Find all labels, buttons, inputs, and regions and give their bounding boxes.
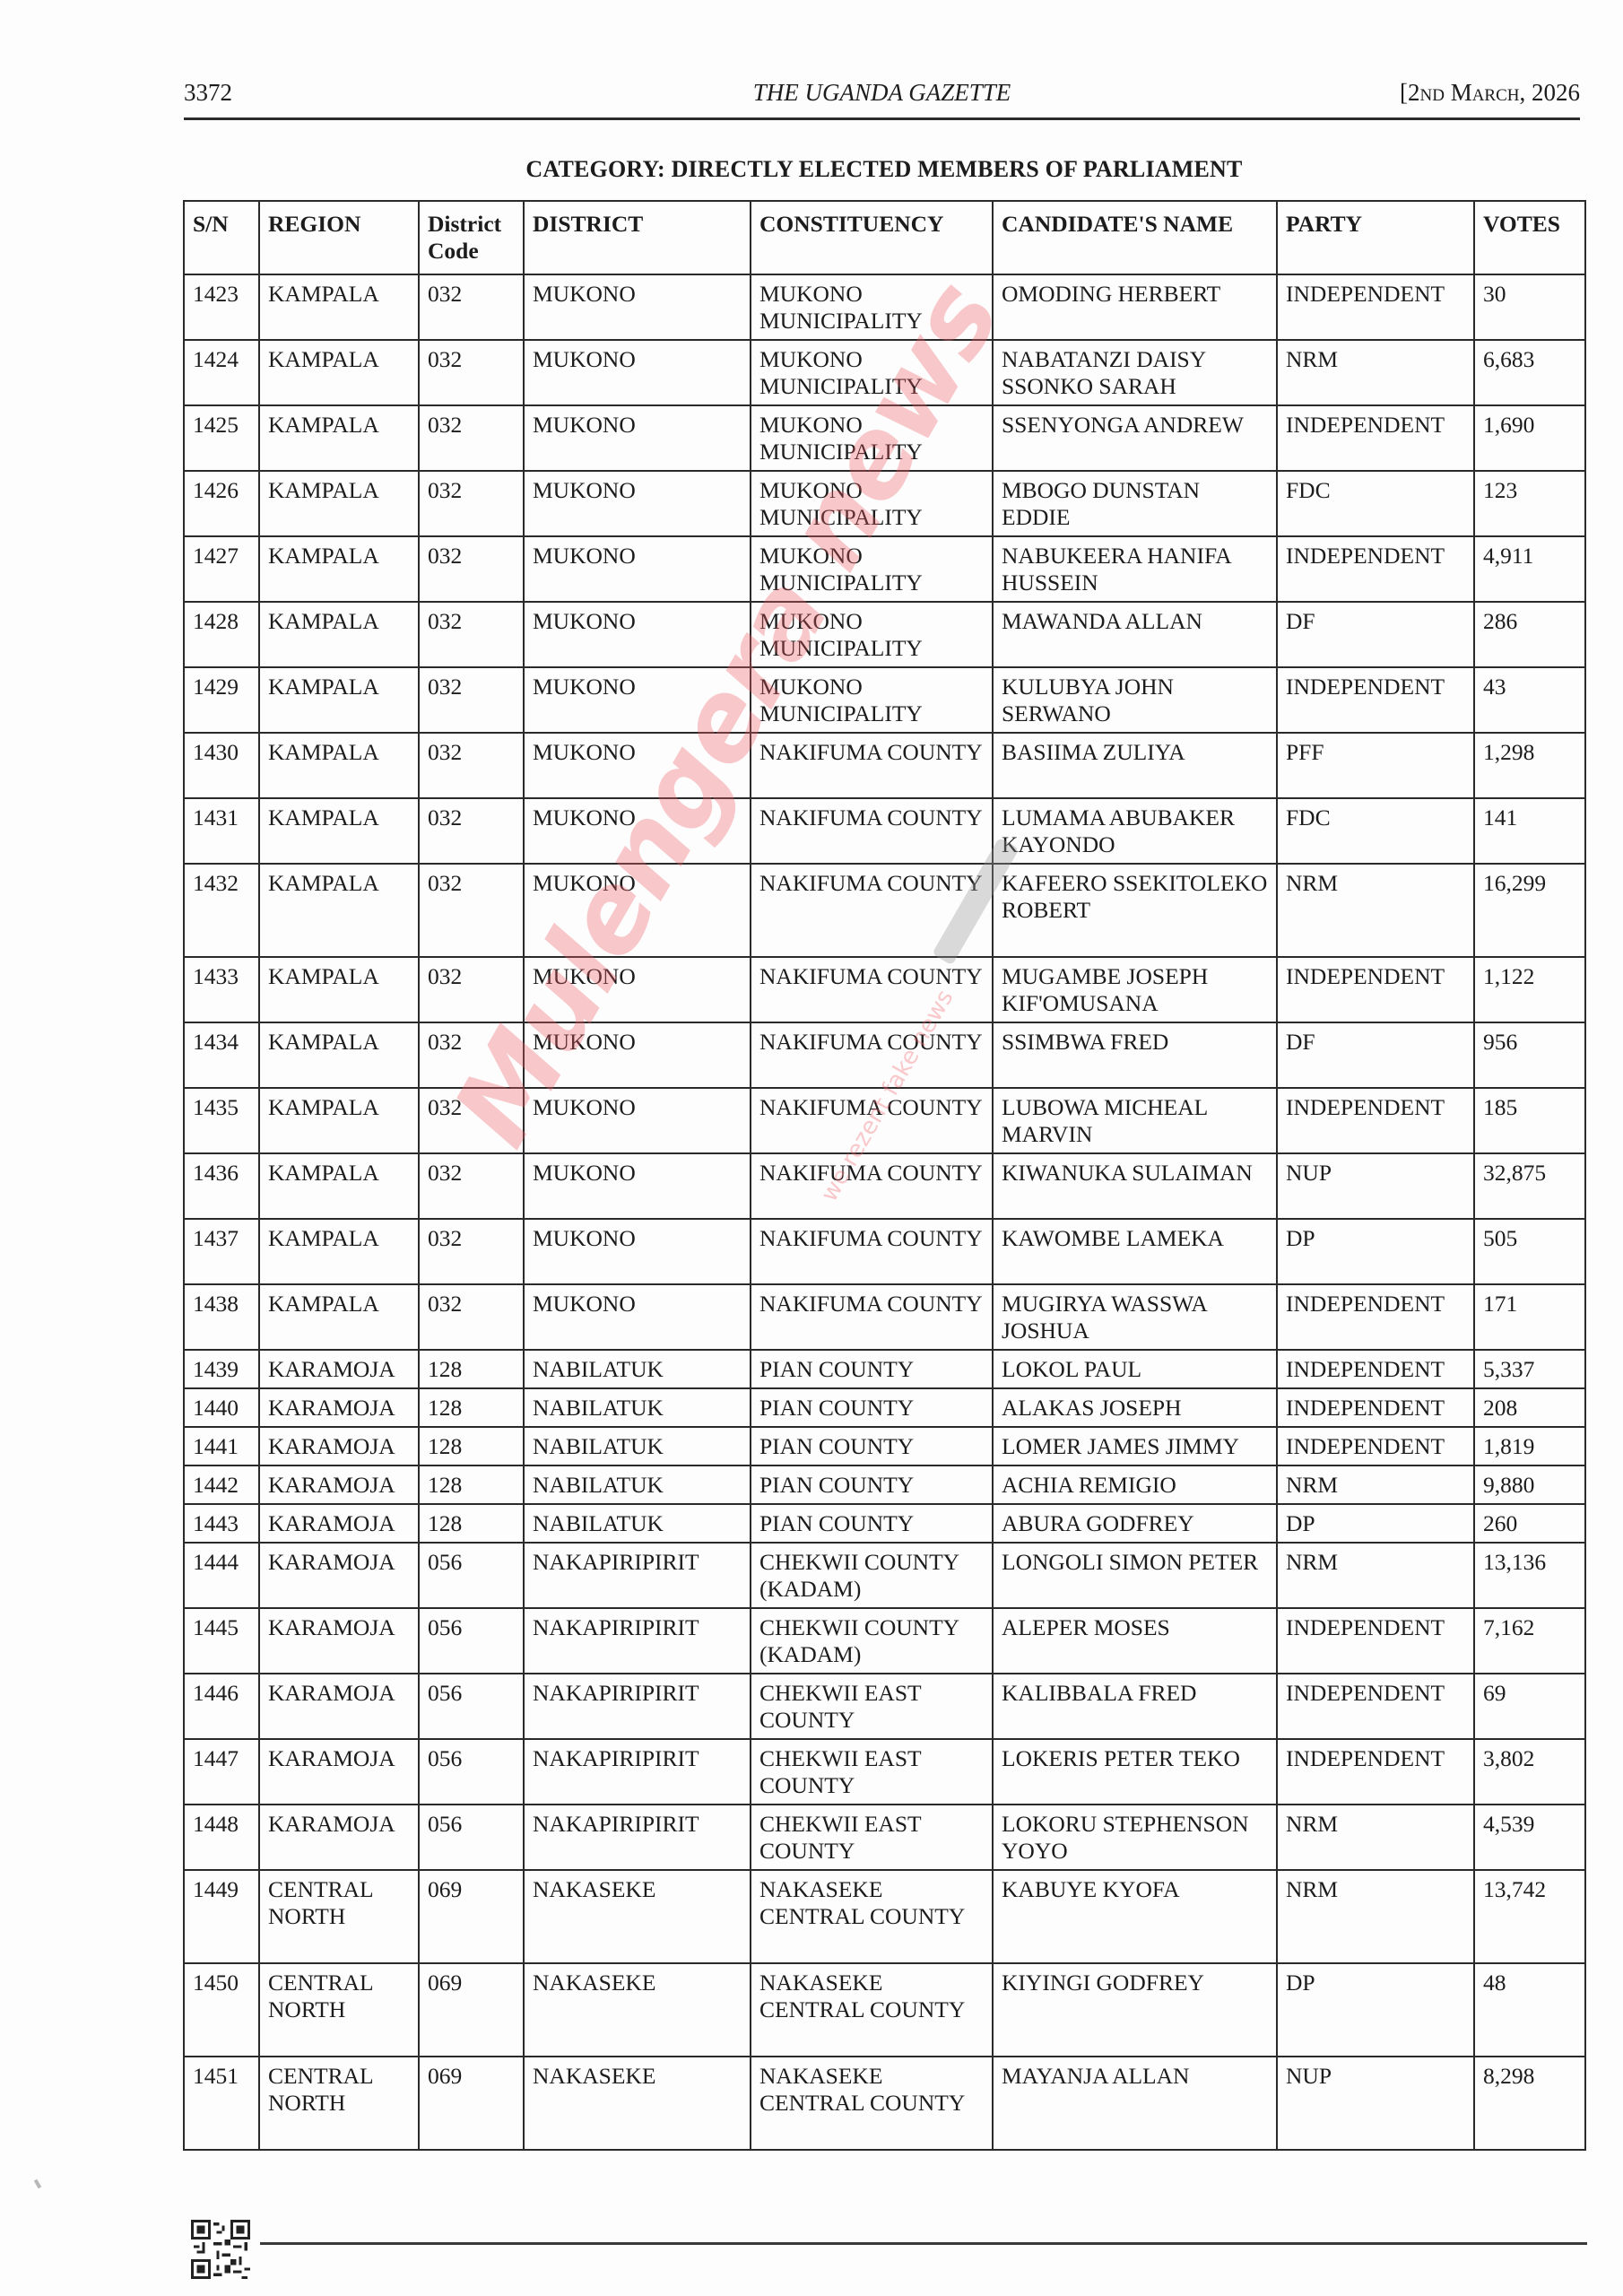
- cell-district-code: 032: [419, 471, 524, 536]
- cell-district-code: 128: [419, 1465, 524, 1504]
- cell-sn: 1445: [184, 1608, 259, 1674]
- cell-region: KAMPALA: [259, 274, 419, 340]
- table-row: 1441KARAMOJA128NABILATUKPIAN COUNTYLOMER…: [184, 1427, 1585, 1465]
- cell-votes: 9,880: [1474, 1465, 1585, 1504]
- cell-district-code: 128: [419, 1504, 524, 1543]
- cell-constituency: MUKONO MUNICIPALITY: [751, 536, 993, 602]
- cell-region: KAMPALA: [259, 602, 419, 667]
- cell-party: INDEPENDENT: [1277, 1674, 1474, 1739]
- cell-district: MUKONO: [524, 1153, 751, 1219]
- cell-candidate: SSENYONGA ANDREW: [993, 405, 1277, 471]
- cell-votes: 48: [1474, 1963, 1585, 2057]
- results-body: 1423KAMPALA032MUKONOMUKONO MUNICIPALITYO…: [184, 274, 1585, 2150]
- cell-constituency: PIAN COUNTY: [751, 1350, 993, 1388]
- cell-candidate: MAWANDA ALLAN: [993, 602, 1277, 667]
- cell-district: NAKAPIRIPIRIT: [524, 1543, 751, 1608]
- cell-constituency: CHEKWII EAST COUNTY: [751, 1805, 993, 1870]
- cell-district: NAKAPIRIPIRIT: [524, 1805, 751, 1870]
- cell-constituency: PIAN COUNTY: [751, 1504, 993, 1543]
- cell-region: KAMPALA: [259, 1219, 419, 1284]
- cell-district: NAKAPIRIPIRIT: [524, 1674, 751, 1739]
- table-row: 1438KAMPALA032MUKONONAKIFUMA COUNTYMUGIR…: [184, 1284, 1585, 1350]
- cell-region: KAMPALA: [259, 405, 419, 471]
- cell-votes: 956: [1474, 1022, 1585, 1088]
- cell-region: KARAMOJA: [259, 1805, 419, 1870]
- cell-district: NABILATUK: [524, 1350, 751, 1388]
- cell-party: DP: [1277, 1219, 1474, 1284]
- cell-votes: 171: [1474, 1284, 1585, 1350]
- cell-sn: 1428: [184, 602, 259, 667]
- table-row: 1439KARAMOJA128NABILATUKPIAN COUNTYLOKOL…: [184, 1350, 1585, 1388]
- cell-sn: 1434: [184, 1022, 259, 1088]
- cell-district-code: 128: [419, 1388, 524, 1427]
- cell-district: NABILATUK: [524, 1388, 751, 1427]
- cell-district: MUKONO: [524, 864, 751, 957]
- table-row: 1437KAMPALA032MUKONONAKIFUMA COUNTYKAWOM…: [184, 1219, 1585, 1284]
- cell-votes: 1,298: [1474, 733, 1585, 798]
- cell-district-code: 056: [419, 1674, 524, 1739]
- cell-constituency: CHEKWII COUNTY (KADAM): [751, 1608, 993, 1674]
- cell-votes: 286: [1474, 602, 1585, 667]
- cell-region: KAMPALA: [259, 864, 419, 957]
- cell-candidate: KULUBYA JOHN SERWANO: [993, 667, 1277, 733]
- cell-district: MUKONO: [524, 667, 751, 733]
- cell-region: KAMPALA: [259, 1022, 419, 1088]
- cell-party: DP: [1277, 1963, 1474, 2057]
- cell-sn: 1444: [184, 1543, 259, 1608]
- table-row: 1449CENTRAL NORTH069NAKASEKENAKASEKE CEN…: [184, 1870, 1585, 1963]
- table-row: 1434KAMPALA032MUKONONAKIFUMA COUNTYSSIMB…: [184, 1022, 1585, 1088]
- cell-party: INDEPENDENT: [1277, 957, 1474, 1022]
- cell-votes: 505: [1474, 1219, 1585, 1284]
- cell-region: KAMPALA: [259, 667, 419, 733]
- cell-sn: 1443: [184, 1504, 259, 1543]
- cell-district: MUKONO: [524, 340, 751, 405]
- cell-district-code: 032: [419, 1153, 524, 1219]
- cell-candidate: NABUKEERA HANIFA HUSSEIN: [993, 536, 1277, 602]
- cell-district-code: 032: [419, 340, 524, 405]
- cell-district-code: 032: [419, 957, 524, 1022]
- cell-votes: 1,690: [1474, 405, 1585, 471]
- cell-sn: 1449: [184, 1870, 259, 1963]
- cell-party: NRM: [1277, 864, 1474, 957]
- cell-constituency: NAKIFUMA COUNTY: [751, 1284, 993, 1350]
- cell-sn: 1435: [184, 1088, 259, 1153]
- cell-party: INDEPENDENT: [1277, 1427, 1474, 1465]
- cell-candidate: LUBOWA MICHEAL MARVIN: [993, 1088, 1277, 1153]
- cell-party: NRM: [1277, 1465, 1474, 1504]
- cell-votes: 4,539: [1474, 1805, 1585, 1870]
- cell-candidate: ALAKAS JOSEPH: [993, 1388, 1277, 1427]
- cell-region: KAMPALA: [259, 471, 419, 536]
- cell-candidate: SSIMBWA FRED: [993, 1022, 1277, 1088]
- cell-district: MUKONO: [524, 1088, 751, 1153]
- cell-sn: 1429: [184, 667, 259, 733]
- cell-votes: 3,802: [1474, 1739, 1585, 1805]
- cell-candidate: LONGOLI SIMON PETER: [993, 1543, 1277, 1608]
- table-row: 1425KAMPALA032MUKONOMUKONO MUNICIPALITYS…: [184, 405, 1585, 471]
- cell-sn: 1432: [184, 864, 259, 957]
- date-bracket: [: [1400, 79, 1408, 106]
- header-rule: [184, 117, 1580, 120]
- cell-candidate: LUMAMA ABUBAKER KAYONDO: [993, 798, 1277, 864]
- cell-district-code: 032: [419, 733, 524, 798]
- cell-constituency: NAKIFUMA COUNTY: [751, 1022, 993, 1088]
- cell-region: KARAMOJA: [259, 1543, 419, 1608]
- cell-region: KAMPALA: [259, 733, 419, 798]
- cell-party: INDEPENDENT: [1277, 667, 1474, 733]
- cell-candidate: BASIIMA ZULIYA: [993, 733, 1277, 798]
- cell-candidate: LOKERIS PETER TEKO: [993, 1739, 1277, 1805]
- cell-constituency: PIAN COUNTY: [751, 1465, 993, 1504]
- cell-sn: 1436: [184, 1153, 259, 1219]
- col-header-party: PARTY: [1277, 201, 1474, 274]
- cell-party: INDEPENDENT: [1277, 1284, 1474, 1350]
- cell-constituency: PIAN COUNTY: [751, 1388, 993, 1427]
- cell-region: KARAMOJA: [259, 1465, 419, 1504]
- cell-district-code: 032: [419, 1022, 524, 1088]
- table-row: 1450CENTRAL NORTH069NAKASEKENAKASEKE CEN…: [184, 1963, 1585, 2057]
- date-year: , 2026: [1520, 79, 1581, 106]
- table-row: 1445KARAMOJA056NAKAPIRIPIRITCHEKWII COUN…: [184, 1608, 1585, 1674]
- col-header-candidate: CANDIDATE'S NAME: [993, 201, 1277, 274]
- cell-district-code: 032: [419, 667, 524, 733]
- cell-party: FDC: [1277, 471, 1474, 536]
- date-day: 2: [1408, 79, 1420, 106]
- cell-sn: 1427: [184, 536, 259, 602]
- cell-sn: 1448: [184, 1805, 259, 1870]
- table-row: 1444KARAMOJA056NAKAPIRIPIRITCHEKWII COUN…: [184, 1543, 1585, 1608]
- cell-constituency: MUKONO MUNICIPALITY: [751, 340, 993, 405]
- cell-district-code: 032: [419, 864, 524, 957]
- cell-region: KARAMOJA: [259, 1427, 419, 1465]
- cell-constituency: PIAN COUNTY: [751, 1427, 993, 1465]
- table-row: 1443KARAMOJA128NABILATUKPIAN COUNTYABURA…: [184, 1504, 1585, 1543]
- issue-date: [2nd March, 2026: [1400, 79, 1580, 107]
- cell-region: KAMPALA: [259, 1284, 419, 1350]
- cell-candidate: KAFEERO SSEKITOLEKO ROBERT: [993, 864, 1277, 957]
- table-row: 1447KARAMOJA056NAKAPIRIPIRITCHEKWII EAST…: [184, 1739, 1585, 1805]
- cell-constituency: CHEKWII EAST COUNTY: [751, 1739, 993, 1805]
- cell-votes: 8,298: [1474, 2057, 1585, 2150]
- cell-district: MUKONO: [524, 274, 751, 340]
- cell-votes: 69: [1474, 1674, 1585, 1739]
- cell-sn: 1423: [184, 274, 259, 340]
- qr-code-icon: [191, 2220, 250, 2279]
- cell-sn: 1440: [184, 1388, 259, 1427]
- cell-votes: 32,875: [1474, 1153, 1585, 1219]
- cell-region: KARAMOJA: [259, 1350, 419, 1388]
- col-header-sn: S/N: [184, 201, 259, 274]
- cell-district-code: 056: [419, 1543, 524, 1608]
- cell-region: KARAMOJA: [259, 1608, 419, 1674]
- results-table: S/N REGION District Code DISTRICT CONSTI…: [183, 200, 1586, 2151]
- table-row: 1440KARAMOJA128NABILATUKPIAN COUNTYALAKA…: [184, 1388, 1585, 1427]
- table-row: 1435KAMPALA032MUKONONAKIFUMA COUNTYLUBOW…: [184, 1088, 1585, 1153]
- cell-party: DF: [1277, 1022, 1474, 1088]
- cell-votes: 4,911: [1474, 536, 1585, 602]
- cell-region: KAMPALA: [259, 957, 419, 1022]
- cell-district: MUKONO: [524, 536, 751, 602]
- cell-region: CENTRAL NORTH: [259, 1963, 419, 2057]
- cell-votes: 7,162: [1474, 1608, 1585, 1674]
- table-row: 1451CENTRAL NORTH069NAKASEKENAKASEKE CEN…: [184, 2057, 1585, 2150]
- cell-sn: 1430: [184, 733, 259, 798]
- cell-sn: 1451: [184, 2057, 259, 2150]
- cell-sn: 1446: [184, 1674, 259, 1739]
- cell-district-code: 032: [419, 1219, 524, 1284]
- cell-region: KARAMOJA: [259, 1504, 419, 1543]
- cell-candidate: MAYANJA ALLAN: [993, 2057, 1277, 2150]
- cell-sn: 1424: [184, 340, 259, 405]
- cell-candidate: KABUYE KYOFA: [993, 1870, 1277, 1963]
- cell-district-code: 056: [419, 1608, 524, 1674]
- table-row: 1428KAMPALA032MUKONOMUKONO MUNICIPALITYM…: [184, 602, 1585, 667]
- table-row: 1432KAMPALA032MUKONONAKIFUMA COUNTYKAFEE…: [184, 864, 1585, 957]
- cell-constituency: MUKONO MUNICIPALITY: [751, 471, 993, 536]
- cell-votes: 13,742: [1474, 1870, 1585, 1963]
- table-row: 1442KARAMOJA128NABILATUKPIAN COUNTYACHIA…: [184, 1465, 1585, 1504]
- cell-constituency: NAKIFUMA COUNTY: [751, 798, 993, 864]
- cell-district-code: 032: [419, 274, 524, 340]
- publication-title: THE UGANDA GAZETTE: [184, 79, 1580, 107]
- cell-district-code: 032: [419, 405, 524, 471]
- table-row: 1446KARAMOJA056NAKAPIRIPIRITCHEKWII EAST…: [184, 1674, 1585, 1739]
- cell-constituency: NAKASEKE CENTRAL COUNTY: [751, 1963, 993, 2057]
- cell-party: FDC: [1277, 798, 1474, 864]
- col-header-votes: VOTES: [1474, 201, 1585, 274]
- cell-constituency: MUKONO MUNICIPALITY: [751, 405, 993, 471]
- cell-party: NUP: [1277, 2057, 1474, 2150]
- cell-party: INDEPENDENT: [1277, 1350, 1474, 1388]
- table-row: 1433KAMPALA032MUKONONAKIFUMA COUNTYMUGAM…: [184, 957, 1585, 1022]
- cell-district: MUKONO: [524, 405, 751, 471]
- cell-party: INDEPENDENT: [1277, 536, 1474, 602]
- date-suffix: nd: [1420, 79, 1445, 106]
- cell-district-code: 069: [419, 1870, 524, 1963]
- cell-sn: 1450: [184, 1963, 259, 2057]
- cell-sn: 1439: [184, 1350, 259, 1388]
- category-title: CATEGORY: DIRECTLY ELECTED MEMBERS OF PA…: [184, 156, 1584, 183]
- cell-constituency: MUKONO MUNICIPALITY: [751, 667, 993, 733]
- cell-district-code: 056: [419, 1739, 524, 1805]
- cell-party: DP: [1277, 1504, 1474, 1543]
- scan-artifact: [34, 2179, 41, 2189]
- cell-candidate: ACHIA REMIGIO: [993, 1465, 1277, 1504]
- cell-region: KAMPALA: [259, 1153, 419, 1219]
- col-header-district: DISTRICT: [524, 201, 751, 274]
- cell-constituency: CHEKWII EAST COUNTY: [751, 1674, 993, 1739]
- table-row: 1430KAMPALA032MUKONONAKIFUMA COUNTYBASII…: [184, 733, 1585, 798]
- cell-sn: 1438: [184, 1284, 259, 1350]
- cell-district: MUKONO: [524, 602, 751, 667]
- cell-constituency: NAKASEKE CENTRAL COUNTY: [751, 1870, 993, 1963]
- cell-candidate: NABATANZI DAISY SSONKO SARAH: [993, 340, 1277, 405]
- cell-district: MUKONO: [524, 1219, 751, 1284]
- cell-district: MUKONO: [524, 798, 751, 864]
- col-header-constituency: CONSTITUENCY: [751, 201, 993, 274]
- cell-votes: 141: [1474, 798, 1585, 864]
- cell-candidate: LOKORU STEPHENSON YOYO: [993, 1805, 1277, 1870]
- table-row: 1436KAMPALA032MUKONONAKIFUMA COUNTYKIWAN…: [184, 1153, 1585, 1219]
- cell-district-code: 128: [419, 1427, 524, 1465]
- cell-district-code: 056: [419, 1805, 524, 1870]
- cell-sn: 1425: [184, 405, 259, 471]
- cell-votes: 43: [1474, 667, 1585, 733]
- date-month: March: [1451, 79, 1520, 106]
- cell-candidate: KIYINGI GODFREY: [993, 1963, 1277, 2057]
- cell-region: CENTRAL NORTH: [259, 1870, 419, 1963]
- cell-district: MUKONO: [524, 1284, 751, 1350]
- cell-region: KARAMOJA: [259, 1739, 419, 1805]
- cell-candidate: MUGIRYA WASSWA JOSHUA: [993, 1284, 1277, 1350]
- cell-sn: 1441: [184, 1427, 259, 1465]
- cell-candidate: ABURA GODFREY: [993, 1504, 1277, 1543]
- cell-district: MUKONO: [524, 471, 751, 536]
- cell-party: PFF: [1277, 733, 1474, 798]
- table-row: 1448KARAMOJA056NAKAPIRIPIRITCHEKWII EAST…: [184, 1805, 1585, 1870]
- table-row: 1431KAMPALA032MUKONONAKIFUMA COUNTYLUMAM…: [184, 798, 1585, 864]
- cell-party: DF: [1277, 602, 1474, 667]
- cell-region: KAMPALA: [259, 340, 419, 405]
- cell-votes: 260: [1474, 1504, 1585, 1543]
- cell-party: NUP: [1277, 1153, 1474, 1219]
- cell-sn: 1433: [184, 957, 259, 1022]
- cell-district-code: 032: [419, 536, 524, 602]
- cell-candidate: LOKOL PAUL: [993, 1350, 1277, 1388]
- cell-party: INDEPENDENT: [1277, 1088, 1474, 1153]
- cell-constituency: MUKONO MUNICIPALITY: [751, 274, 993, 340]
- cell-candidate: OMODING HERBERT: [993, 274, 1277, 340]
- cell-district: NAKASEKE: [524, 1963, 751, 2057]
- cell-region: KARAMOJA: [259, 1388, 419, 1427]
- cell-district-code: 069: [419, 2057, 524, 2150]
- cell-votes: 1,122: [1474, 957, 1585, 1022]
- cell-district: NAKASEKE: [524, 2057, 751, 2150]
- cell-party: NRM: [1277, 340, 1474, 405]
- cell-district: NABILATUK: [524, 1504, 751, 1543]
- cell-district-code: 032: [419, 1088, 524, 1153]
- cell-candidate: ALEPER MOSES: [993, 1608, 1277, 1674]
- cell-votes: 6,683: [1474, 340, 1585, 405]
- table-header-row: S/N REGION District Code DISTRICT CONSTI…: [184, 201, 1585, 274]
- cell-constituency: NAKIFUMA COUNTY: [751, 1219, 993, 1284]
- table-row: 1423KAMPALA032MUKONOMUKONO MUNICIPALITYO…: [184, 274, 1585, 340]
- cell-votes: 185: [1474, 1088, 1585, 1153]
- cell-votes: 5,337: [1474, 1350, 1585, 1388]
- cell-region: KAMPALA: [259, 536, 419, 602]
- cell-district: NABILATUK: [524, 1465, 751, 1504]
- cell-votes: 16,299: [1474, 864, 1585, 957]
- cell-district-code: 069: [419, 1963, 524, 2057]
- cell-sn: 1426: [184, 471, 259, 536]
- cell-sn: 1442: [184, 1465, 259, 1504]
- cell-votes: 208: [1474, 1388, 1585, 1427]
- cell-sn: 1437: [184, 1219, 259, 1284]
- cell-candidate: KIWANUKA SULAIMAN: [993, 1153, 1277, 1219]
- cell-candidate: LOMER JAMES JIMMY: [993, 1427, 1277, 1465]
- cell-sn: 1431: [184, 798, 259, 864]
- col-header-district-code: District Code: [419, 201, 524, 274]
- footer-rule: [260, 2242, 1587, 2245]
- cell-district: NAKAPIRIPIRIT: [524, 1739, 751, 1805]
- cell-votes: 123: [1474, 471, 1585, 536]
- cell-constituency: MUKONO MUNICIPALITY: [751, 602, 993, 667]
- cell-party: INDEPENDENT: [1277, 1608, 1474, 1674]
- cell-votes: 30: [1474, 274, 1585, 340]
- col-header-region: REGION: [259, 201, 419, 274]
- cell-district: NABILATUK: [524, 1427, 751, 1465]
- cell-party: INDEPENDENT: [1277, 1739, 1474, 1805]
- table-row: 1429KAMPALA032MUKONOMUKONO MUNICIPALITYK…: [184, 667, 1585, 733]
- table-row: 1424KAMPALA032MUKONOMUKONO MUNICIPALITYN…: [184, 340, 1585, 405]
- cell-constituency: CHEKWII COUNTY (KADAM): [751, 1543, 993, 1608]
- cell-district: NAKAPIRIPIRIT: [524, 1608, 751, 1674]
- cell-candidate: MBOGO DUNSTAN EDDIE: [993, 471, 1277, 536]
- cell-votes: 13,136: [1474, 1543, 1585, 1608]
- cell-candidate: KALIBBALA FRED: [993, 1674, 1277, 1739]
- cell-party: INDEPENDENT: [1277, 274, 1474, 340]
- running-head: 3372 THE UGANDA GAZETTE [2nd March, 2026: [184, 79, 1580, 115]
- cell-candidate: MUGAMBE JOSEPH KIF'OMUSANA: [993, 957, 1277, 1022]
- cell-district: NAKASEKE: [524, 1870, 751, 1963]
- cell-district: MUKONO: [524, 957, 751, 1022]
- table-row: 1426KAMPALA032MUKONOMUKONO MUNICIPALITYM…: [184, 471, 1585, 536]
- cell-constituency: NAKIFUMA COUNTY: [751, 864, 993, 957]
- cell-district-code: 128: [419, 1350, 524, 1388]
- cell-party: INDEPENDENT: [1277, 405, 1474, 471]
- cell-region: KAMPALA: [259, 1088, 419, 1153]
- cell-party: NRM: [1277, 1543, 1474, 1608]
- cell-district: MUKONO: [524, 1022, 751, 1088]
- cell-district: MUKONO: [524, 733, 751, 798]
- cell-district-code: 032: [419, 1284, 524, 1350]
- cell-region: KARAMOJA: [259, 1674, 419, 1739]
- cell-constituency: NAKIFUMA COUNTY: [751, 733, 993, 798]
- cell-district-code: 032: [419, 798, 524, 864]
- cell-constituency: NAKIFUMA COUNTY: [751, 957, 993, 1022]
- table-row: 1427KAMPALA032MUKONOMUKONO MUNICIPALITYN…: [184, 536, 1585, 602]
- cell-region: CENTRAL NORTH: [259, 2057, 419, 2150]
- cell-constituency: NAKASEKE CENTRAL COUNTY: [751, 2057, 993, 2150]
- cell-district-code: 032: [419, 602, 524, 667]
- cell-candidate: KAWOMBE LAMEKA: [993, 1219, 1277, 1284]
- cell-votes: 1,819: [1474, 1427, 1585, 1465]
- cell-party: INDEPENDENT: [1277, 1388, 1474, 1427]
- cell-party: NRM: [1277, 1805, 1474, 1870]
- cell-party: NRM: [1277, 1870, 1474, 1963]
- cell-sn: 1447: [184, 1739, 259, 1805]
- cell-region: KAMPALA: [259, 798, 419, 864]
- cell-constituency: NAKIFUMA COUNTY: [751, 1088, 993, 1153]
- cell-constituency: NAKIFUMA COUNTY: [751, 1153, 993, 1219]
